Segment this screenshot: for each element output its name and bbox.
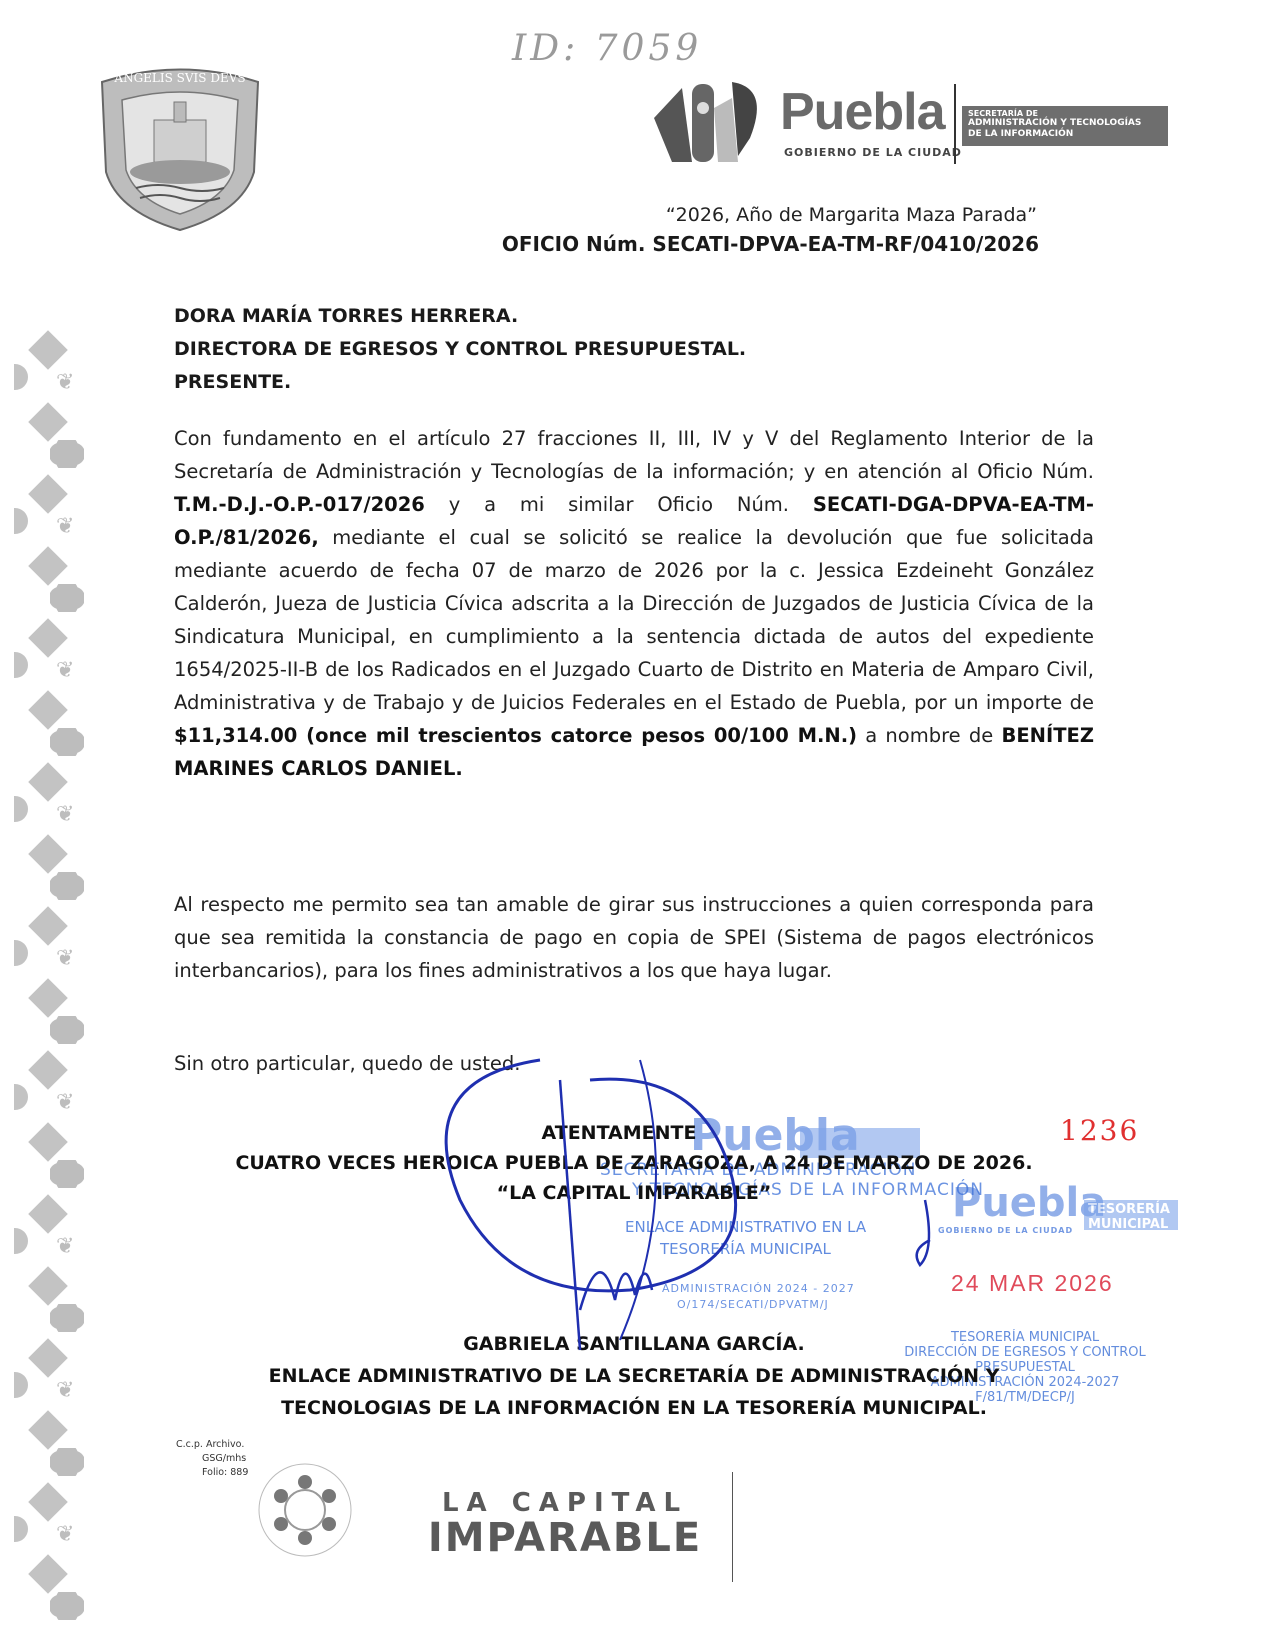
signer-name: GABRIELA SANTILLANA GARCÍA.	[174, 1328, 1094, 1360]
tesoreria-stamp-subtitle: GOBIERNO DE LA CIUDAD	[938, 1226, 1073, 1235]
body-paragraph-1: Con fundamento en el artículo 27 fraccio…	[174, 422, 1094, 785]
secretaria-box: SECRETARÍA DE ADMINISTRACIÓN Y TECNOLOGÍ…	[962, 106, 1168, 146]
norma-igualdad-seal-icon	[255, 1460, 355, 1560]
capital-logo-bottom: IMPARABLE	[415, 1518, 715, 1558]
received-date: 24 MAR 2026	[951, 1270, 1114, 1297]
handwritten-signature-icon	[430, 1050, 950, 1370]
puebla-secati-logo: Puebla GOBIERNO DE LA CIUDAD SECRETARÍA …	[652, 78, 1172, 164]
secati-stamp-line: O/174/SECATI/DPVATM/J	[677, 1298, 829, 1311]
la-capital-imparable-logo: LA CAPITAL IMPARABLE	[415, 1488, 715, 1558]
atentamente: ATENTAMENTE	[144, 1118, 1094, 1148]
secati-stamp-line: ADMINISTRACIÓN 2024 - 2027	[662, 1282, 855, 1295]
body-text: mediante el cual se solicitó se realice …	[174, 526, 1094, 714]
secati-stamp-line: ENLACE ADMINISTRATIVO EN LA	[625, 1218, 866, 1236]
logo-wordmark: Puebla	[780, 82, 945, 142]
secretaria-name-1: ADMINISTRACIÓN Y TECNOLOGÍAS	[968, 118, 1162, 129]
place-date: CUATRO VECES HEROICA PUEBLA DE ZARAGOZA,…	[174, 1148, 1094, 1178]
svg-text:ANGELIS SVIS DEVS: ANGELIS SVIS DEVS	[113, 71, 245, 85]
recipient-title: DIRECTORA DE EGRESOS Y CONTROL PRESUPUES…	[174, 333, 746, 366]
salutation: PRESENTE.	[174, 366, 746, 399]
secati-stamp-line: TESORERÍA MUNICIPAL	[660, 1240, 831, 1258]
year-motto: “2026, Año de Margarita Maza Parada”	[666, 204, 1037, 226]
closing-line: Sin otro particular, quedo de usted.	[174, 1052, 520, 1075]
amount: $11,314.00 (once mil trescientos catorce…	[174, 724, 857, 747]
recipient-block: DORA MARÍA TORRES HERRERA. DIRECTORA DE …	[174, 300, 746, 399]
tesoreria-stamp-box: TESORERÍA MUNICIPAL	[1084, 1200, 1178, 1230]
signer-title-2: TECNOLOGIAS DE LA INFORMACIÓN EN LA TESO…	[174, 1392, 1094, 1424]
signer-block: GABRIELA SANTILLANA GARCÍA. ENLACE ADMIN…	[174, 1328, 1094, 1424]
ccp-archivo: C.c.p. Archivo.	[176, 1438, 248, 1452]
signer-title-1: ENLACE ADMINISTRATIVO DE LA SECRETARÍA D…	[174, 1360, 1094, 1392]
folio: Folio: 889	[176, 1466, 248, 1480]
ccp-block: C.c.p. Archivo. GSG/mhs Folio: 889	[176, 1438, 248, 1480]
oficio-number: OFICIO Núm. SECATI-DPVA-EA-TM-RF/0410/20…	[502, 232, 1039, 256]
capital-logo-top: LA CAPITAL	[415, 1488, 715, 1518]
recipient-name: DORA MARÍA TORRES HERRERA.	[174, 300, 746, 333]
body-paragraph-2: Al respecto me permito sea tan amable de…	[174, 888, 1094, 987]
secretaria-name-2: DE LA INFORMACIÓN	[968, 129, 1162, 140]
secretaria-label: SECRETARÍA DE	[968, 109, 1162, 118]
initials: GSG/mhs	[176, 1452, 248, 1466]
logo-divider	[954, 84, 956, 164]
decorative-border: ❦ ❦ ❦ ❦ ❦ ❦ ❦ ❦ ❦	[0, 330, 92, 1630]
reference-oficio-1: T.M.-D.J.-O.P.-017/2026	[174, 493, 425, 516]
puebla-emblem-icon	[652, 78, 772, 162]
handwritten-id: ID: 7059	[512, 28, 702, 69]
motto: “LA CAPITAL IMPARABLE”	[174, 1178, 1094, 1208]
body-text: a nombre de	[857, 724, 1001, 747]
body-text: y a mi similar Oficio Núm.	[425, 493, 813, 516]
footer-divider	[732, 1472, 733, 1582]
body-text: Con fundamento en el artículo 27 fraccio…	[174, 427, 1094, 483]
signature-block: ATENTAMENTE CUATRO VECES HEROICA PUEBLA …	[174, 1118, 1094, 1208]
logo-subtitle: GOBIERNO DE LA CIUDAD	[784, 146, 962, 159]
city-crest-icon: ANGELIS SVIS DEVS	[92, 62, 268, 232]
